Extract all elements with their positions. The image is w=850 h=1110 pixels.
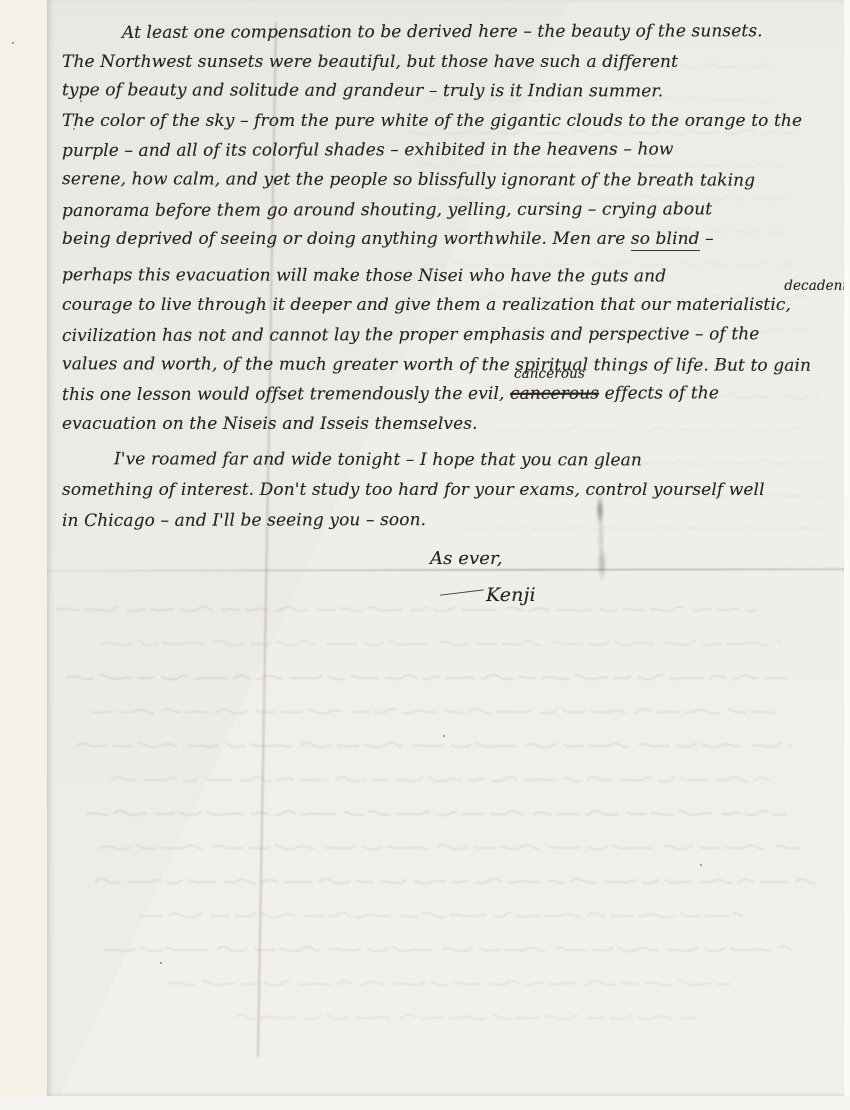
letter-line: evacuation on the Niseis and Isseis them… [62, 410, 840, 440]
letter-line: something of interest. Don't study too h… [62, 476, 840, 506]
letter-closing: As ever, [430, 543, 840, 575]
letter-line: this one lesson would offset tremendousl… [62, 379, 840, 411]
signature-name: Kenji [486, 584, 536, 606]
letter-line: in Chicago – and I'll be seeing you – so… [62, 504, 840, 536]
letter-body: At least one compensation to be derived … [62, 18, 840, 612]
paper-speck [12, 42, 14, 44]
paper-speck [443, 735, 445, 737]
signature-flourish [440, 589, 484, 597]
scanner-edge-right [844, 0, 850, 1110]
letter-line: purple – and all of its colorful shades … [62, 135, 840, 167]
signature: Kenji [440, 578, 840, 612]
letter-line: courage to live through it deeper and gi… [62, 291, 840, 321]
struck-word-group: cancerouscancerous [510, 380, 599, 410]
letter-line: civilization has not and cannot lay the … [62, 320, 840, 352]
letter-line: The color of the sky – from the pure whi… [62, 107, 840, 137]
correction-word: cancerous [514, 367, 585, 381]
line-text: this one lesson would offset tremendousl… [62, 384, 510, 405]
line-text: courage to live through it deeper and gi… [62, 295, 791, 315]
line-text: effects of the [599, 383, 719, 403]
letter-line: perhaps this evacuation will make those … [62, 261, 840, 292]
underlined-phrase: so blind [631, 229, 700, 251]
bleed-through-lower [55, 596, 841, 1066]
letter-line: being deprived of seeing or doing anythi… [62, 225, 840, 255]
letter-line: panorama before them go around shouting,… [62, 195, 840, 227]
letter-line: serene, how calm, and yet the people so … [62, 165, 840, 196]
inserted-word: decadent [784, 279, 848, 293]
line-text: – [700, 229, 714, 249]
scanner-edge-bottom [0, 1096, 850, 1110]
paper-speck [160, 962, 162, 964]
letter-line: values and worth, of the much greater wo… [62, 350, 840, 381]
struck-word: cancerous [510, 384, 599, 404]
line-text: being deprived of seeing or doing anythi… [62, 229, 631, 249]
scanned-letter-page: At least one compensation to be derived … [0, 0, 850, 1110]
letter-line: The Northwest sunsets were beautiful, bu… [62, 48, 840, 78]
letter-line: At least one compensation to be derived … [62, 17, 840, 49]
paper-speck [700, 864, 702, 866]
letter-line: I've roamed far and wide tonight – I hop… [62, 445, 840, 476]
letter-line: type of beauty and solitude and grandeur… [62, 76, 840, 107]
